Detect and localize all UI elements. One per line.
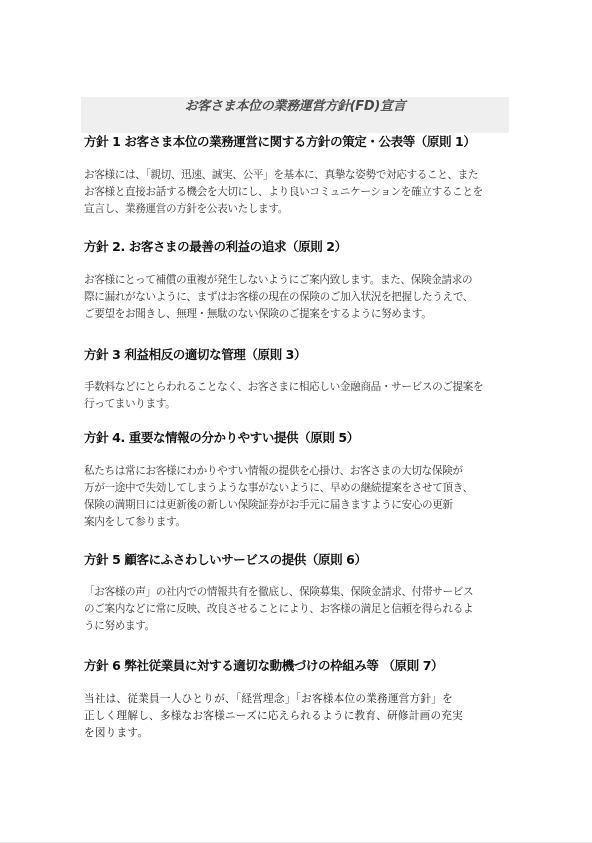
title-banner: お客さま本位の業務運営方針(FD)宣言: [81, 97, 509, 133]
document-page: お客さま本位の業務運営方針(FD)宣言 方針 1 お客さま本位の業務運営に関する…: [0, 0, 592, 843]
policy-heading-2: 方針 2. お客さまの最善の利益の追求（原則 2）: [84, 239, 514, 255]
body-line: 案内をして参ります。: [84, 514, 514, 531]
policy-body-1: お客様には、「親切、迅速、誠実、公平」を基本に、真摯な姿勢で対応すること、また …: [84, 167, 514, 218]
policy-heading-3: 方針 3 利益相反の適切な管理（原則 3）: [84, 347, 514, 363]
body-line: ご要望をお聞きし、無理・無駄のない保険のご提案をするように努めます。: [84, 306, 514, 323]
body-line: 保険の満期日には更新後の新しい保険証券がお手元に届きますように安心の更新: [84, 497, 514, 514]
policy-section-5: 方針 5 顧客にふさわしいサービスの提供（原則 6）: [84, 552, 514, 568]
body-line: 当社は、従業員一人ひとりが、「経営理念」「お客様本位の業務運営方針」を: [84, 691, 514, 708]
policy-body-2: お客様にとって補償の重複が発生しないようにご案内致します。また、保険金請求の 際…: [84, 272, 514, 323]
policy-heading-1: 方針 1 お客さま本位の業務運営に関する方針の策定・公表等（原則 1）: [84, 134, 514, 150]
policy-heading-6: 方針 6 弊社従業員に対する適切な動機づけの枠組み等 （原則 7）: [84, 658, 514, 674]
body-line: 宣言し、業務運営の方針を公表いたします。: [84, 201, 514, 218]
body-line: 正しく理解し、多様なお客様ニーズに応えられるように教育、研修計画の充実: [84, 708, 514, 725]
policy-body-3: 手数料などにとらわれることなく、お客さまに相応しい金融商品・サービスのご提案を …: [84, 379, 514, 413]
body-line: 私たちは常にお客様にわかりやすい情報の提供を心掛け、お客さまの大切な保険が: [84, 463, 514, 480]
body-line: 際に漏れがないように、まずはお客様の現在の保険のご加入状況を把握したうえで、: [84, 289, 514, 306]
body-line: お客様にとって補償の重複が発生しないようにご案内致します。また、保険金請求の: [84, 272, 514, 289]
policy-heading-5: 方針 5 顧客にふさわしいサービスの提供（原則 6）: [84, 552, 514, 568]
policy-body-4: 私たちは常にお客様にわかりやすい情報の提供を心掛け、お客さまの大切な保険が 万が…: [84, 463, 514, 531]
body-line: 万が一途中で失効してしまうような事がないように、早めの継続提案をさせて頂き、: [84, 480, 514, 497]
body-line: 手数料などにとらわれることなく、お客さまに相応しい金融商品・サービスのご提案を: [84, 379, 514, 396]
policy-body-5: 「お客様の声」の社内での情報共有を徹底し、保険募集、保険金請求、付帯サービス の…: [84, 584, 514, 635]
policy-section-6: 方針 6 弊社従業員に対する適切な動機づけの枠組み等 （原則 7）: [84, 658, 514, 674]
document-title: お客さま本位の業務運営方針(FD)宣言: [81, 99, 509, 115]
policy-body-6: 当社は、従業員一人ひとりが、「経営理念」「お客様本位の業務運営方針」を 正しく理…: [84, 691, 514, 742]
body-line: お客様には、「親切、迅速、誠実、公平」を基本に、真摯な姿勢で対応すること、また: [84, 167, 514, 184]
body-line: を図ります。: [84, 725, 514, 742]
policy-section-4: 方針 4. 重要な情報の分かりやすい提供（原則 5）: [84, 430, 514, 446]
body-line: うに努めます。: [84, 618, 514, 635]
policy-heading-4: 方針 4. 重要な情報の分かりやすい提供（原則 5）: [84, 430, 514, 446]
policy-section-1: 方針 1 お客さま本位の業務運営に関する方針の策定・公表等（原則 1）: [84, 134, 514, 150]
body-line: お客様と直接お話する機会を大切にし、より良いコミュニケーションを確立することを: [84, 184, 514, 201]
body-line: 「お客様の声」の社内での情報共有を徹底し、保険募集、保険金請求、付帯サービス: [84, 584, 514, 601]
body-line: のご案内などに常に反映、改良させることにより、お客様の満足と信頼を得られるよ: [84, 601, 514, 618]
policy-section-3: 方針 3 利益相反の適切な管理（原則 3）: [84, 347, 514, 363]
body-line: 行ってまいります。: [84, 396, 514, 413]
policy-section-2: 方針 2. お客さまの最善の利益の追求（原則 2）: [84, 239, 514, 255]
